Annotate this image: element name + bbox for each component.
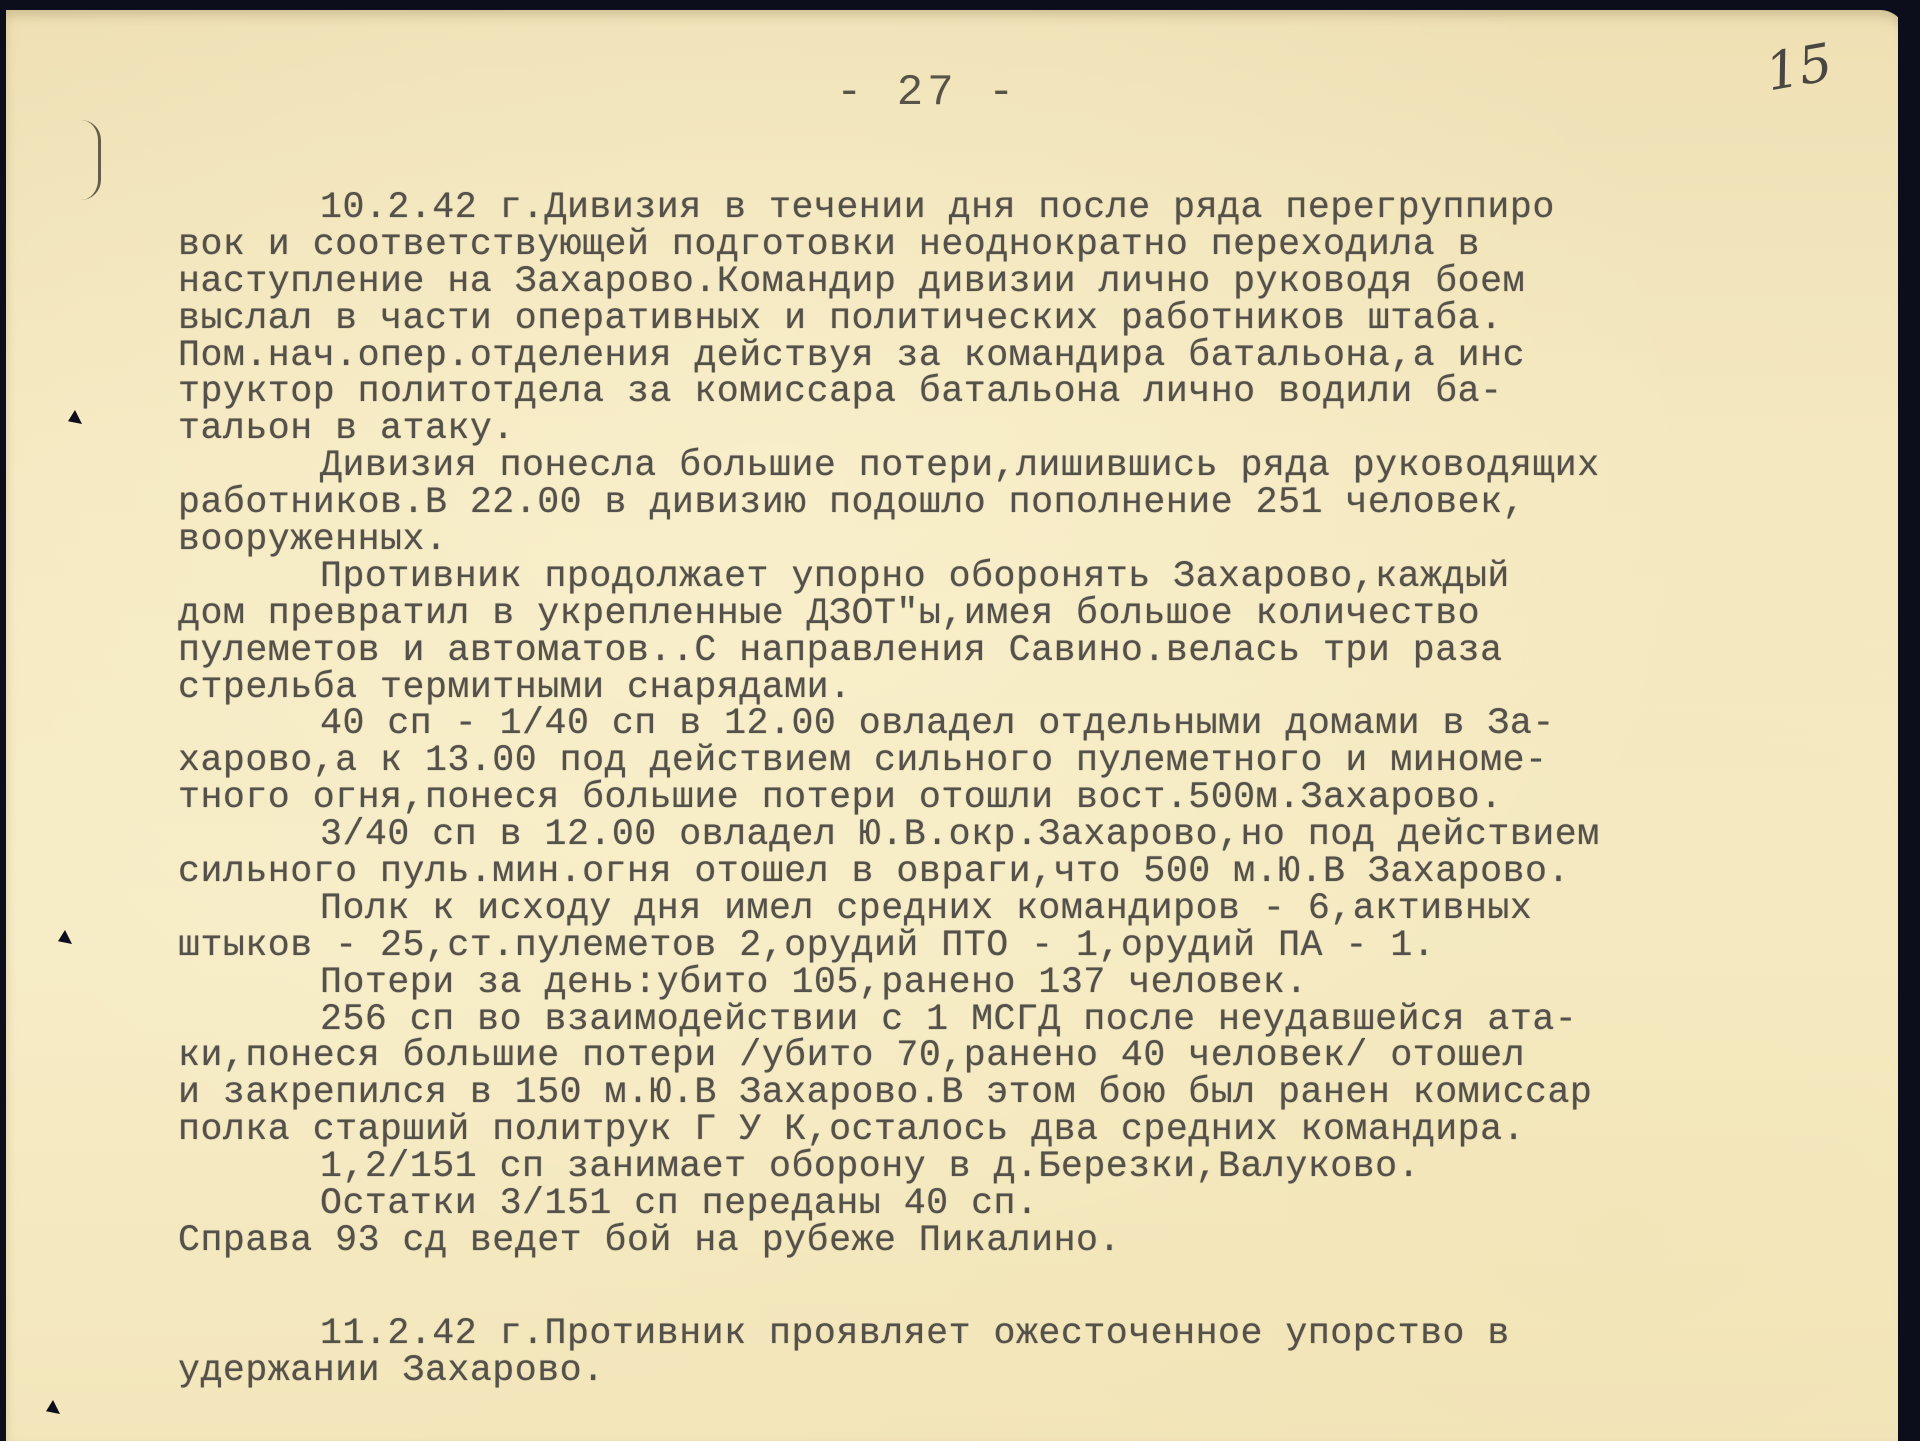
text-line: 256 сп во взаимодействии с 1 МСГД после … xyxy=(178,1002,1878,1039)
text-line: тного огня,понеся большие потери отошли … xyxy=(178,780,1878,817)
archive-sheet-number: 15 xyxy=(1761,33,1837,104)
document-page: - 27 - 15 10.2.42 г.Дивизия в течении дн… xyxy=(6,10,1906,1441)
text-line: Полк к исходу дня имел средних командиро… xyxy=(178,891,1878,928)
text-line: наступление на Захарово.Командир дивизии… xyxy=(178,264,1878,301)
page-number: - 27 - xyxy=(836,68,1018,118)
paper-tear-mark xyxy=(68,120,101,200)
text-line: удержании Захарово. xyxy=(178,1353,1878,1390)
text-line: Противник продолжает упорно оборонять За… xyxy=(178,559,1878,596)
typewritten-report-body: 10.2.42 г.Дивизия в течении дня после ря… xyxy=(178,190,1878,1390)
punch-hole-mark xyxy=(58,930,72,944)
text-line: Потери за день:убито 105,ранено 137 чело… xyxy=(178,965,1878,1002)
text-line: стрельба термитными снарядами. xyxy=(178,670,1878,707)
text-line: 40 сп - 1/40 сп в 12.00 овладел отдельны… xyxy=(178,706,1878,743)
punch-hole-mark xyxy=(68,410,82,424)
text-line: Пом.нач.опер.отделения действуя за коман… xyxy=(178,338,1878,375)
text-line: тальон в атаку. xyxy=(178,411,1878,448)
text-line: труктор политотдела за комиссара батальо… xyxy=(178,374,1878,411)
text-line: пулеметов и автоматов..С направления Сав… xyxy=(178,633,1878,670)
text-line: и закрепился в 150 м.Ю.В Захарово.В этом… xyxy=(178,1075,1878,1112)
text-line: вооруженных. xyxy=(178,522,1878,559)
text-line: сильного пуль.мин.огня отошел в овраги,ч… xyxy=(178,854,1878,891)
text-line: 11.2.42 г.Противник проявляет ожесточенн… xyxy=(178,1316,1878,1353)
text-line: Справа 93 сд ведет бой на рубеже Пикалин… xyxy=(178,1223,1878,1260)
text-line: 10.2.42 г.Дивизия в течении дня после ря… xyxy=(178,190,1878,227)
punch-hole-mark xyxy=(46,1400,60,1414)
text-line: 1,2/151 сп занимает оборону в д.Березки,… xyxy=(178,1149,1878,1186)
text-line: вок и соответствующей подготовки неоднок… xyxy=(178,227,1878,264)
text-line: полка старший политрук Г У К,осталось дв… xyxy=(178,1112,1878,1149)
text-line: Дивизия понесла большие потери,лишившись… xyxy=(178,448,1878,485)
text-line: Остатки 3/151 сп переданы 40 сп. xyxy=(178,1186,1878,1223)
paragraph-gap xyxy=(178,1260,1878,1316)
scan-border xyxy=(1898,10,1906,1441)
text-line: 3/40 сп в 12.00 овладел Ю.В.окр.Захарово… xyxy=(178,817,1878,854)
text-line: работников.В 22.00 в дивизию подошло поп… xyxy=(178,485,1878,522)
text-line: дом превратил в укрепленные ДЗОТ"ы,имея … xyxy=(178,596,1878,633)
text-line: ки,понеся большие потери /убито 70,ранен… xyxy=(178,1038,1878,1075)
text-line: выслал в части оперативных и политически… xyxy=(178,301,1878,338)
text-line: штыков - 25,ст.пулеметов 2,орудий ПТО - … xyxy=(178,928,1878,965)
text-line: харово,а к 13.00 под действием сильного … xyxy=(178,743,1878,780)
